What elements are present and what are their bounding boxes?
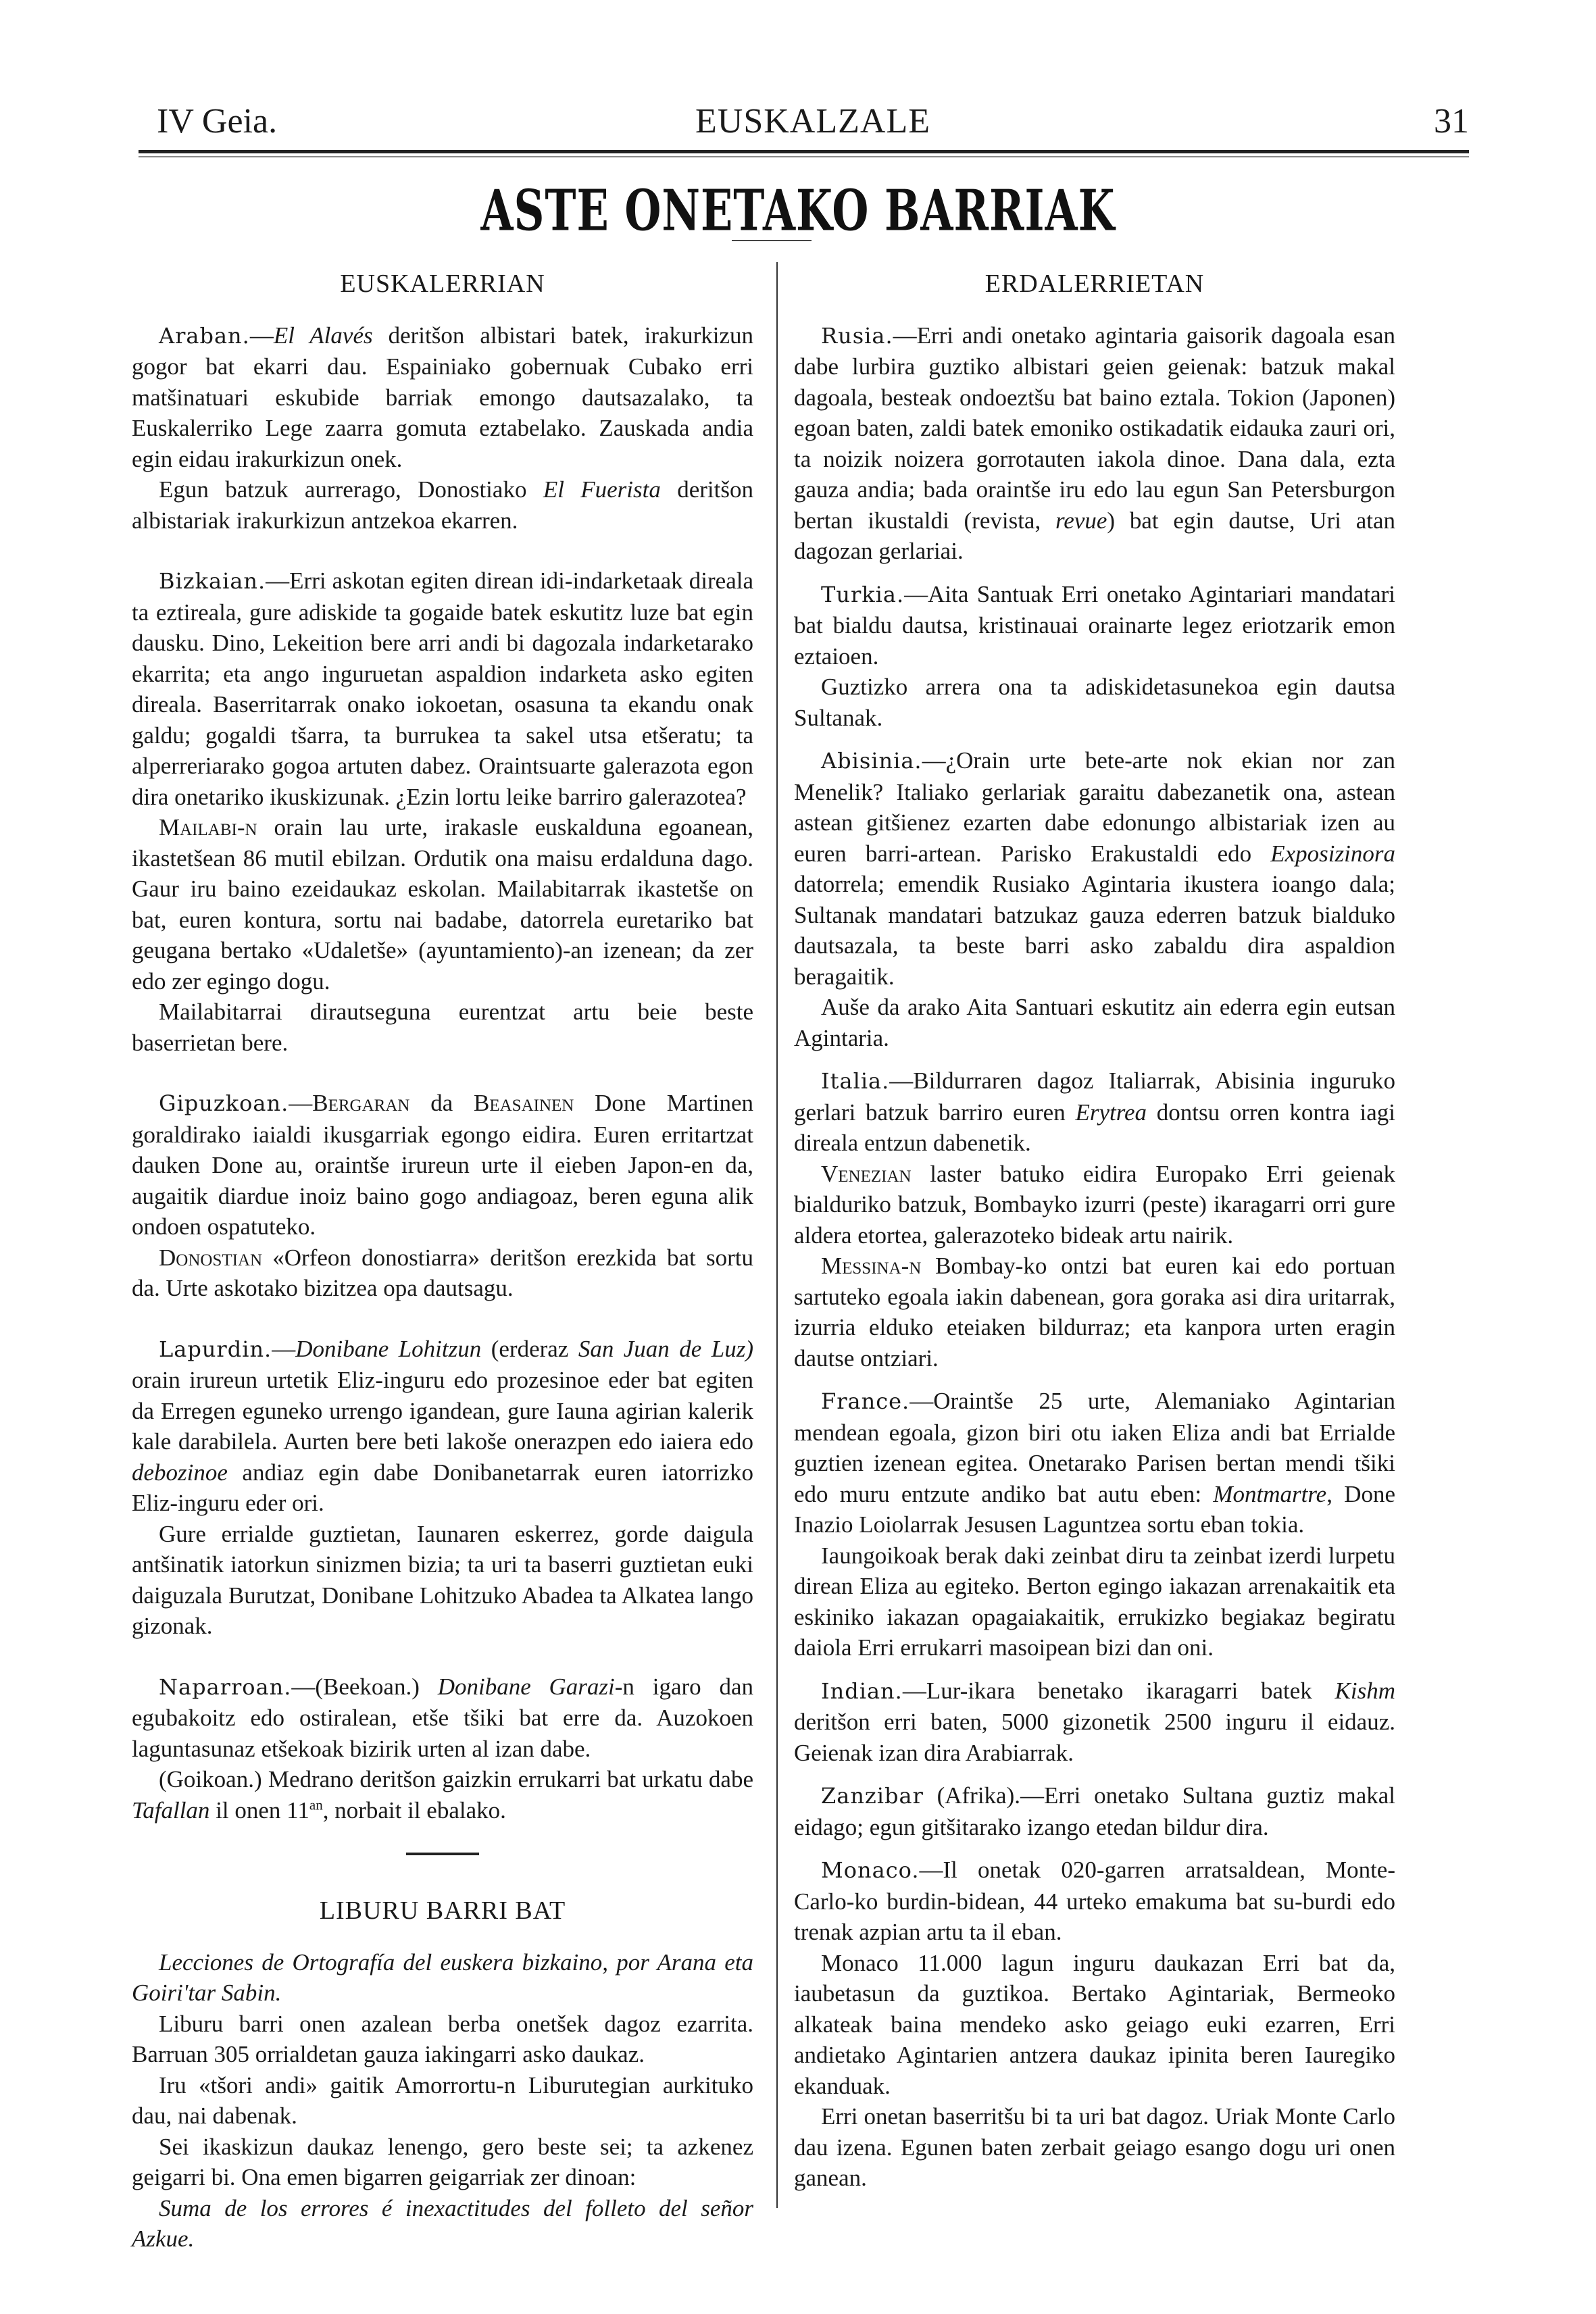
- page-number: 31: [1434, 101, 1469, 141]
- article-zanzibar: Zanzibar (Afrika).—Erri onetako Sultana …: [794, 1780, 1395, 1842]
- article-lead: Bizkaian.: [159, 568, 266, 594]
- book-quote: Suma de los errores é inexactitudes del …: [132, 2195, 753, 2253]
- article-italia: Italia.—Bildurraren dagoz Italiarrak, Ab…: [794, 1065, 1395, 1374]
- article-lead: Monaco.: [821, 1857, 920, 1883]
- article-lead: Turkia.: [821, 582, 904, 607]
- section-title-liburu: LIBURU BARRI BAT: [132, 1896, 753, 1927]
- article-rusia: Rusia.—Erri andi onetako agintaria gaiso…: [794, 320, 1395, 567]
- article-lead: Rusia.: [821, 323, 893, 349]
- article-indian: Indian.—Lur-ikara benetako ikaragarri ba…: [794, 1676, 1395, 1769]
- page-title: ASTE ONETAKO BARRIAK: [0, 177, 1596, 244]
- article-lead: Araban.: [159, 323, 250, 349]
- header-rule: [139, 150, 1469, 157]
- article-lead: Zanzibar: [821, 1783, 924, 1809]
- running-header: IV Geia. EUSKALZALE 31: [157, 101, 1469, 149]
- article-lead: Gipuzkoan.: [159, 1090, 289, 1116]
- article-monaco: Monaco.—Il onetak 020-garren arratsaldea…: [794, 1855, 1395, 2194]
- article-lapurdin: Lapurdin.—Donibane Lohitzun (erderaz San…: [132, 1334, 753, 1642]
- article-araban: Araban.—El Alavés deritšon albistari bat…: [132, 320, 753, 536]
- article-france: France.—Oraintše 25 urte, Alemaniako Agi…: [794, 1386, 1395, 1663]
- book-citation: Lecciones de Ortografía del euskera bizk…: [132, 1949, 753, 2007]
- column-divider: [776, 262, 778, 2208]
- article-lead: France.: [821, 1388, 909, 1414]
- article-lead: Lapurdin.: [159, 1336, 272, 1362]
- article-abisinia: Abisinia.—¿Orain urte bete-arte nok ekia…: [794, 745, 1395, 1053]
- article-gipuzkoan: Gipuzkoan.—Bergaran da Beasainen Done Ma…: [132, 1088, 753, 1304]
- article-naparroan: Naparroan.—(Beekoan.) Donibane Garazi-n …: [132, 1671, 753, 1826]
- article-turkia: Turkia.—Aita Santuak Erri onetako Aginta…: [794, 579, 1395, 734]
- section-title-euskalerrian: EUSKALERRIAN: [132, 269, 753, 300]
- left-column: EUSKALERRIAN Araban.—El Alavés deritšon …: [132, 263, 753, 2255]
- article-lead: Indian.: [821, 1678, 903, 1704]
- article-lead: Naparroan.: [159, 1674, 291, 1700]
- title-rule: [732, 240, 812, 241]
- section-title-erdalerrietan: ERDALERRIETAN: [794, 269, 1395, 300]
- article-lead: Italia.: [821, 1068, 889, 1094]
- section-separator: [406, 1853, 479, 1855]
- article-liburu-barri: Lecciones de Ortografía del euskera bizk…: [132, 1947, 753, 2255]
- right-column: ERDALERRIETAN Rusia.—Erri andi onetako a…: [794, 263, 1395, 2194]
- article-lead: Abisinia.: [821, 748, 922, 774]
- article-bizkaian: Bizkaian.—Erri askotan egiten direan idi…: [132, 565, 753, 1058]
- publication-name: EUSKALZALE: [157, 101, 1469, 141]
